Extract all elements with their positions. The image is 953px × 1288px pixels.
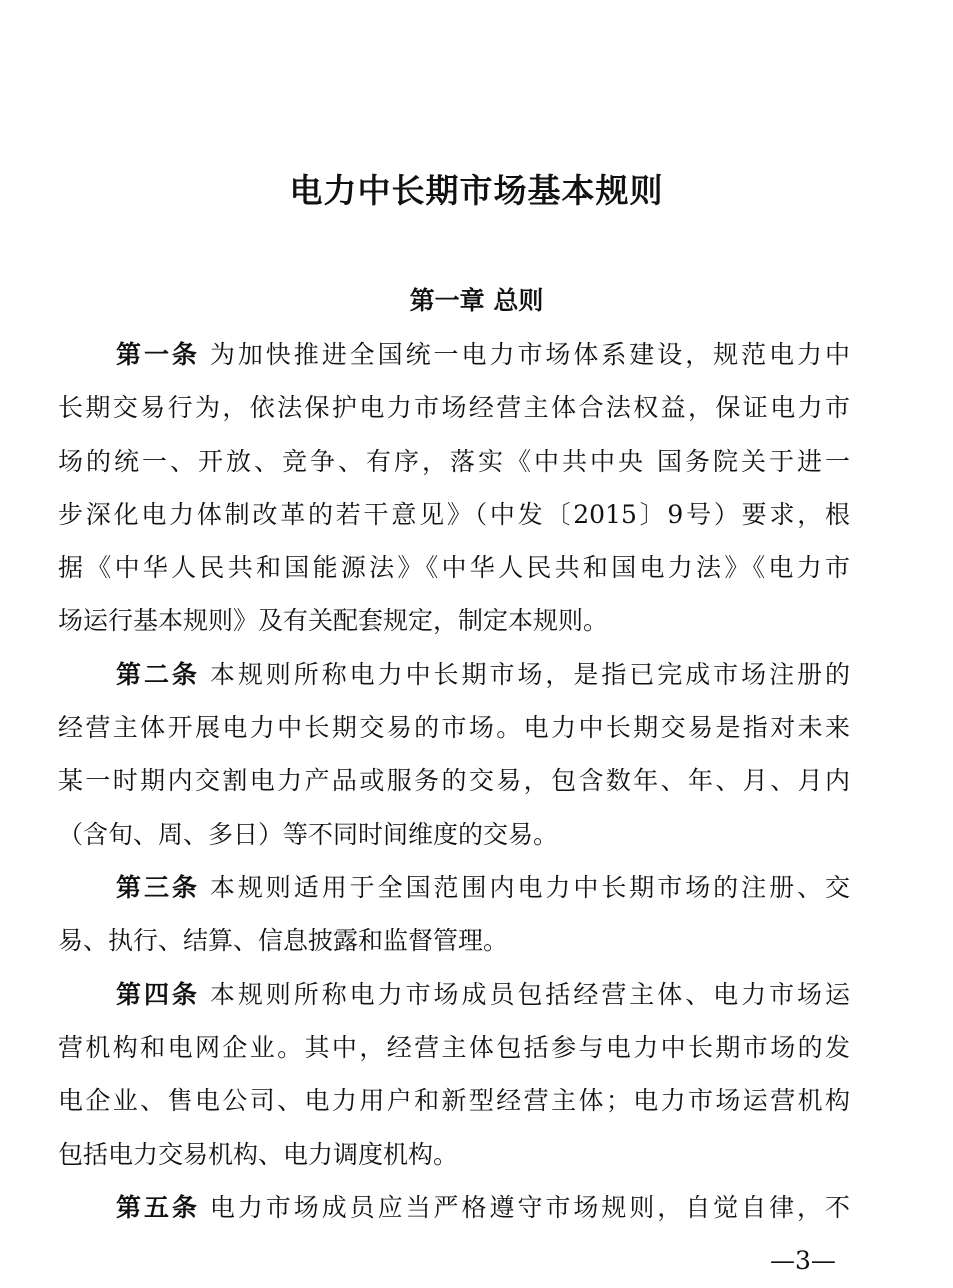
document-title: 电力中长期市场基本规则	[0, 165, 953, 212]
line-text: 本规则所称电力中长期市场，是指已完成市场注册的	[210, 660, 850, 689]
text-line: 据《中华人民共和国能源法》《中华人民共和国电力法》《电力市	[58, 548, 850, 588]
text-line: （含旬、周、多日）等不同时间维度的交易。	[58, 815, 850, 855]
line-text: 本规则适用于全国范围内电力中长期市场的注册、交	[210, 873, 850, 902]
line-text: 为加快推进全国统一电力市场体系建设，规范电力中	[210, 340, 850, 369]
text-line: 步深化电力体制改革的若干意见》（中发〔2015〕9号）要求，根	[58, 495, 850, 535]
article-4-line-1: 第四条本规则所称电力市场成员包括经营主体、电力市场运	[116, 975, 850, 1015]
text-line: 场运行基本规则》及有关配套规定，制定本规则。	[58, 601, 850, 641]
article-label: 第二条	[116, 660, 200, 689]
chapter-heading: 第一章 总则	[0, 281, 953, 317]
article-5-line-1: 第五条电力市场成员应当严格遵守市场规则，自觉自律，不	[116, 1188, 850, 1228]
text-line: 包括电力交易机构、电力调度机构。	[58, 1135, 850, 1175]
article-label: 第四条	[116, 980, 200, 1009]
text-line: 场的统一、开放、竞争、有序，落实《中共中央 国务院关于进一	[58, 442, 850, 482]
article-2-line-1: 第二条本规则所称电力中长期市场，是指已完成市场注册的	[116, 655, 850, 695]
line-text: 电力市场成员应当严格遵守市场规则，自觉自律，不	[210, 1193, 850, 1222]
text-line: 长期交易行为，依法保护电力市场经营主体合法权益，保证电力市	[58, 388, 850, 428]
text-line: 电企业、售电公司、电力用户和新型经营主体；电力市场运营机构	[58, 1081, 850, 1121]
article-1-line-1: 第一条为加快推进全国统一电力市场体系建设，规范电力中	[116, 335, 850, 375]
text-line: 易、执行、结算、信息披露和监督管理。	[58, 921, 850, 961]
text-line: 营机构和电网企业。其中，经营主体包括参与电力中长期市场的发	[58, 1028, 850, 1068]
text-line: 经营主体开展电力中长期交易的市场。电力中长期交易是指对未来	[58, 708, 850, 748]
article-3-line-1: 第三条本规则适用于全国范围内电力中长期市场的注册、交	[116, 868, 850, 908]
article-label: 第一条	[116, 340, 200, 369]
line-text: 本规则所称电力市场成员包括经营主体、电力市场运	[210, 980, 850, 1009]
article-label: 第五条	[116, 1193, 200, 1222]
article-label: 第三条	[116, 873, 200, 902]
page-number: —3—	[770, 1246, 836, 1275]
text-line: 某一时期内交割电力产品或服务的交易，包含数年、年、月、月内	[58, 761, 850, 801]
